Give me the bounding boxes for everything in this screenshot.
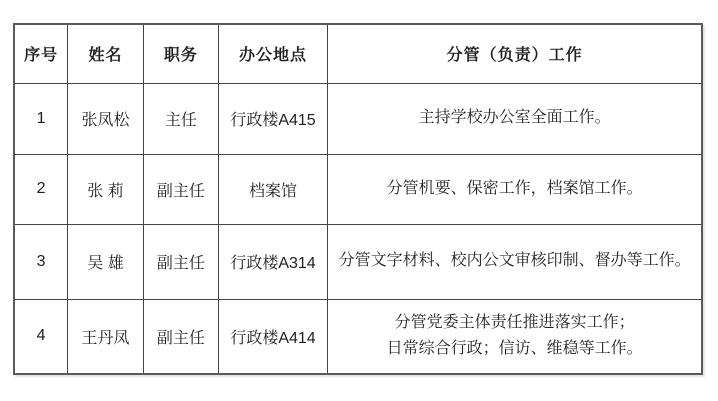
cell-title: 副主任 bbox=[143, 299, 218, 374]
cell-no: 3 bbox=[14, 224, 68, 299]
cell-duties: 分管党委主体责任推进落实工作； 日常综合行政；信访、维稳等工作。 bbox=[328, 299, 702, 374]
column-header-name: 姓名 bbox=[68, 24, 144, 83]
table-row: 4 王丹凤 副主任 行政楼A414 分管党委主体责任推进落实工作； 日常综合行政… bbox=[14, 299, 702, 374]
page: 序号 姓名 职务 办公地点 分管（负责）工作 1 张凤松 主任 行政楼A415 … bbox=[0, 0, 718, 401]
staff-duty-table: 序号 姓名 职务 办公地点 分管（负责）工作 1 张凤松 主任 行政楼A415 … bbox=[13, 23, 703, 375]
column-header-no: 序号 bbox=[14, 24, 68, 83]
duty-line: 主持学校办公室全面工作。 bbox=[332, 105, 697, 131]
cell-duties: 分管文字材料、校内公文审核印制、督办等工作。 bbox=[328, 224, 702, 299]
column-header-office: 办公地点 bbox=[218, 24, 327, 83]
cell-title: 主任 bbox=[143, 83, 218, 154]
cell-title: 副主任 bbox=[143, 224, 218, 299]
table-row: 1 张凤松 主任 行政楼A415 主持学校办公室全面工作。 bbox=[14, 83, 702, 154]
cell-name: 王丹凤 bbox=[68, 299, 144, 374]
duty-line: 日常综合行政；信访、维稳等工作。 bbox=[332, 336, 697, 362]
cell-office: 行政楼A415 bbox=[218, 83, 327, 154]
duty-line: 分管党委主体责任推进落实工作； bbox=[332, 310, 697, 336]
cell-name: 张 莉 bbox=[68, 154, 144, 224]
cell-duties: 主持学校办公室全面工作。 bbox=[328, 83, 702, 154]
cell-office: 行政楼A414 bbox=[218, 299, 327, 374]
table-header-row: 序号 姓名 职务 办公地点 分管（负责）工作 bbox=[14, 24, 702, 83]
cell-office: 档案馆 bbox=[218, 154, 327, 224]
column-header-duties: 分管（负责）工作 bbox=[328, 24, 702, 83]
cell-duties: 分管机要、保密工作，档案馆工作。 bbox=[328, 154, 702, 224]
cell-name: 吴 雄 bbox=[68, 224, 144, 299]
cell-no: 1 bbox=[14, 83, 68, 154]
column-header-title: 职务 bbox=[143, 24, 218, 83]
cell-name: 张凤松 bbox=[68, 83, 144, 154]
cell-office: 行政楼A314 bbox=[218, 224, 327, 299]
table-row: 2 张 莉 副主任 档案馆 分管机要、保密工作，档案馆工作。 bbox=[14, 154, 702, 224]
cell-no: 4 bbox=[14, 299, 68, 374]
duty-line: 分管文字材料、校内公文审核印制、督办等工作。 bbox=[332, 248, 697, 274]
table-row: 3 吴 雄 副主任 行政楼A314 分管文字材料、校内公文审核印制、督办等工作。 bbox=[14, 224, 702, 299]
cell-no: 2 bbox=[14, 154, 68, 224]
duty-line: 分管机要、保密工作，档案馆工作。 bbox=[332, 176, 697, 202]
cell-title: 副主任 bbox=[143, 154, 218, 224]
